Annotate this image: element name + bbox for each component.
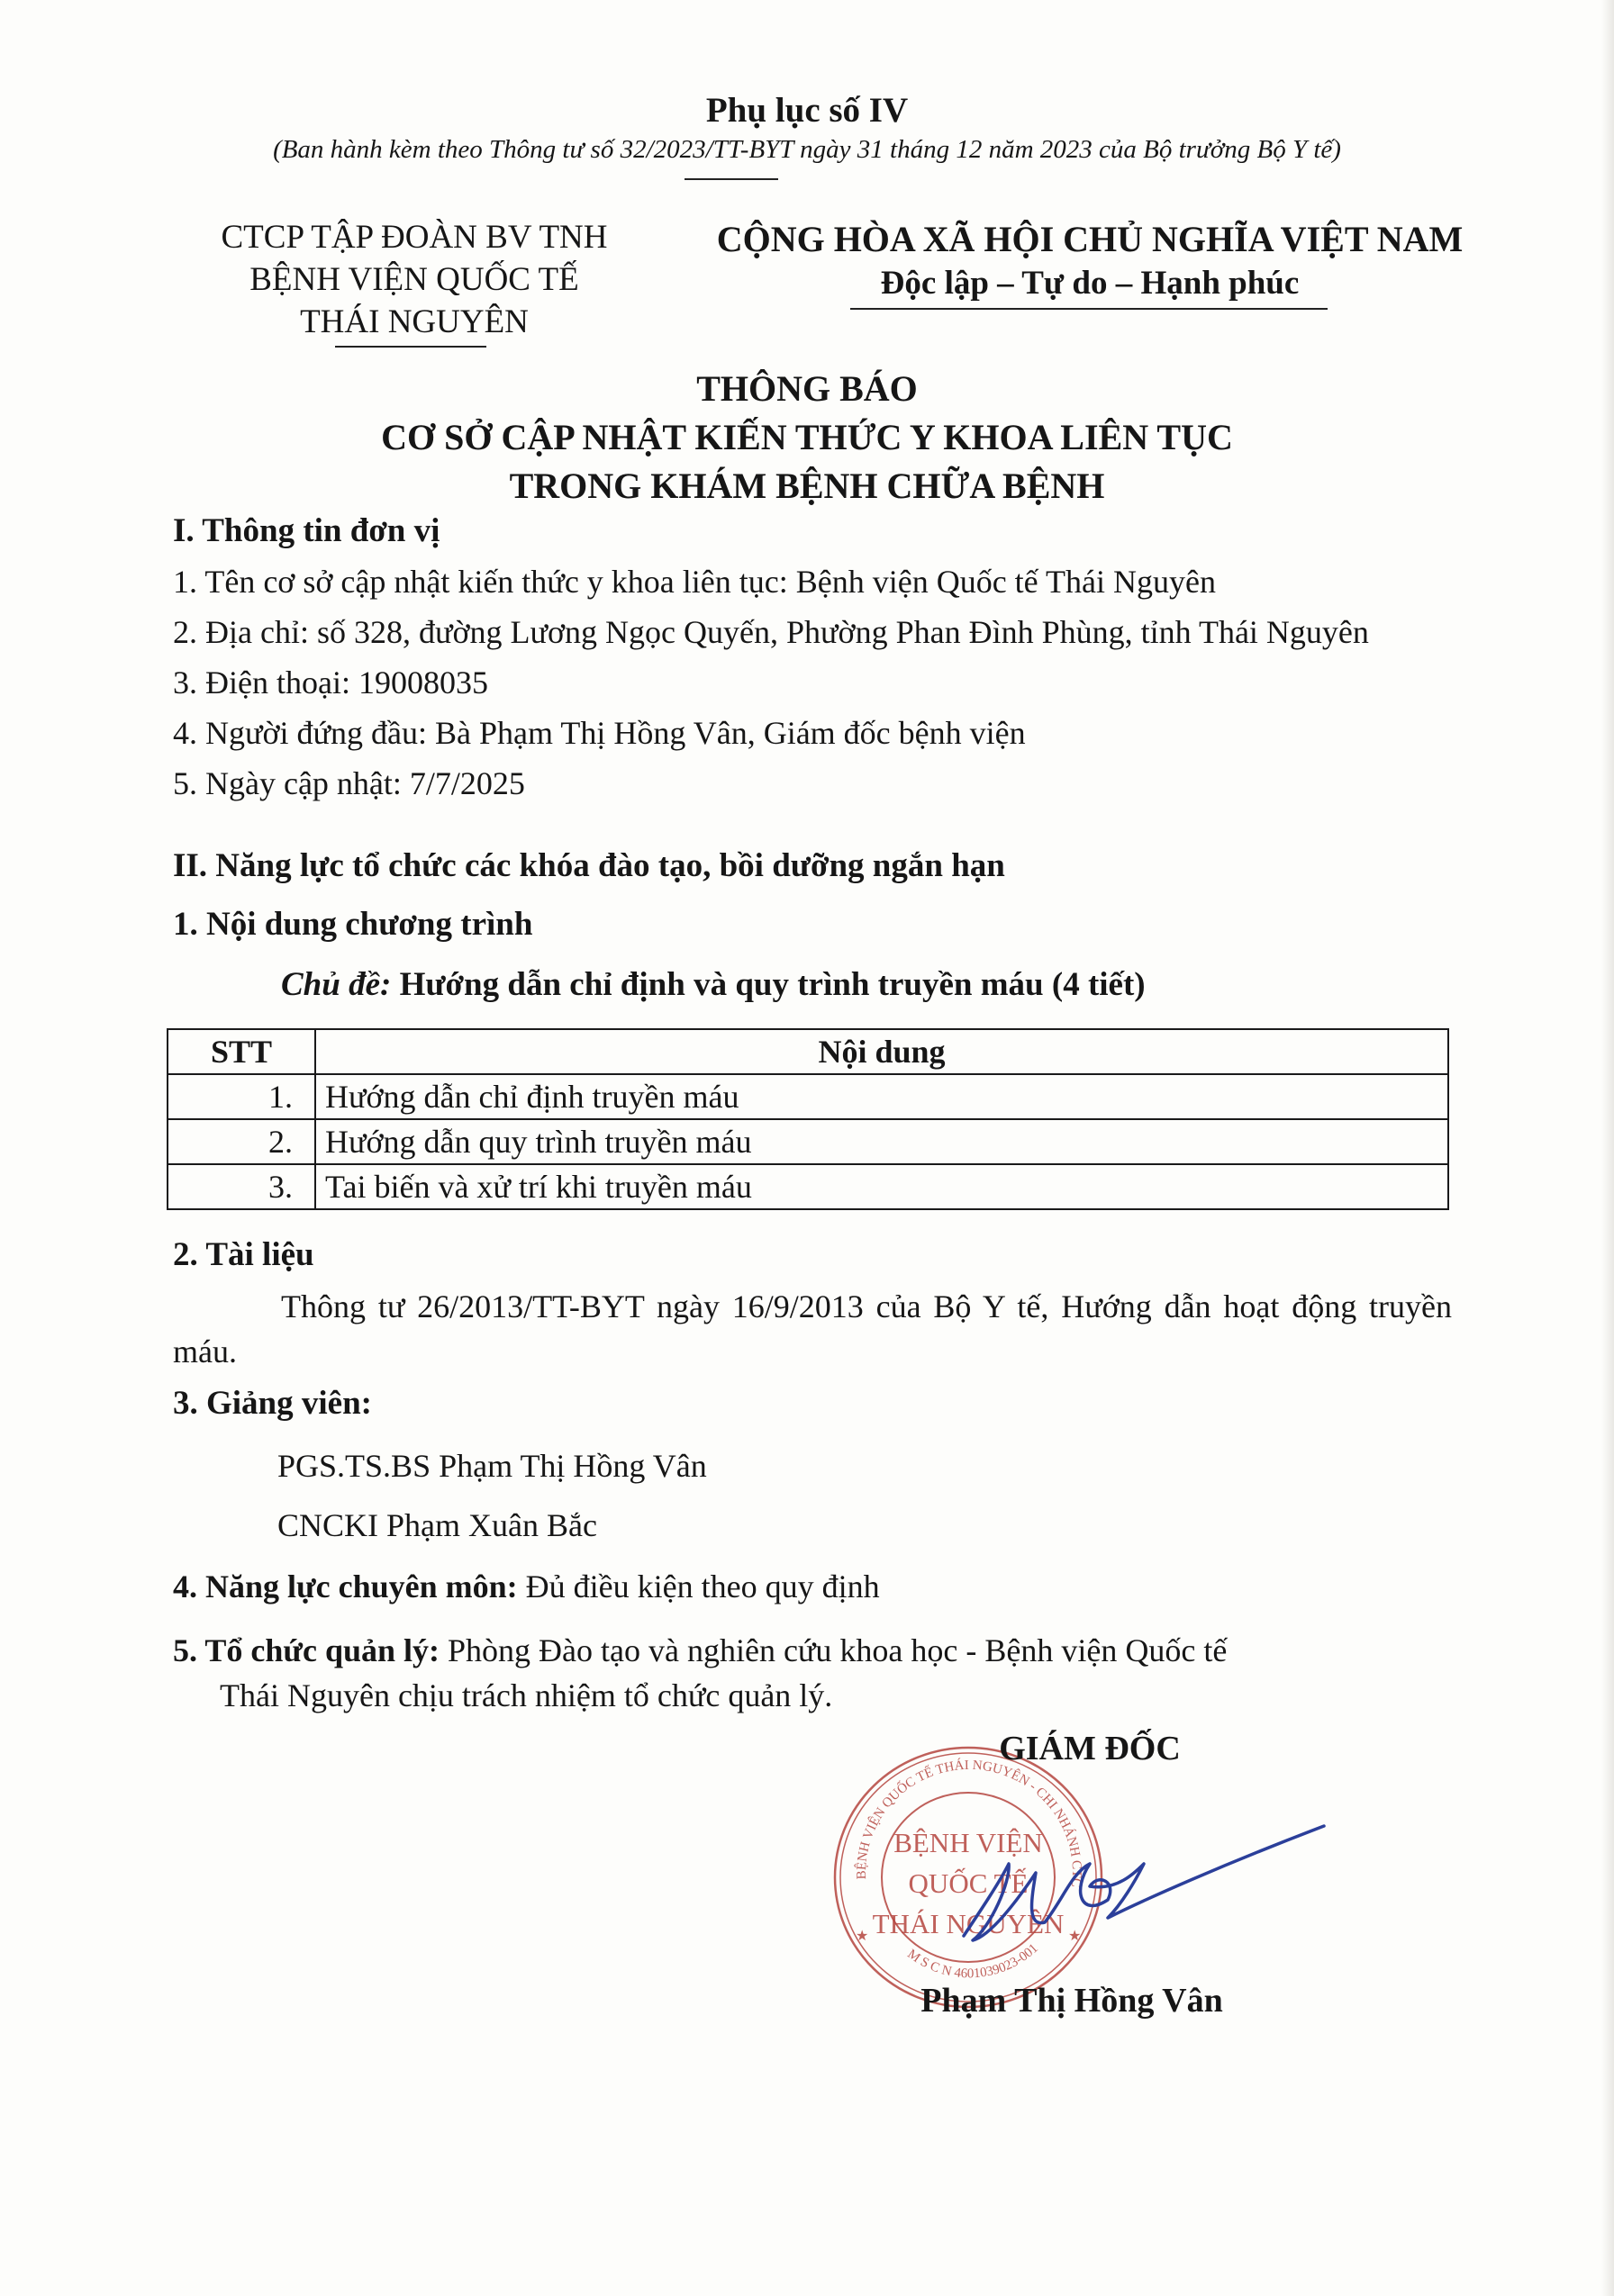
topic-label: Chủ đề: <box>281 966 391 1003</box>
program-content-heading: 1. Nội dung chương trình <box>173 905 532 944</box>
appendix-subtitle: (Ban hành kèm theo Thông tư số 32/2023/T… <box>0 135 1614 165</box>
notice-title: THÔNG BÁO <box>0 365 1614 413</box>
appendix-title: Phụ lục số IV <box>0 90 1614 131</box>
info-item-name: 1. Tên cơ sở cập nhật kiến thức y khoa l… <box>173 562 1452 601</box>
notice-subtitle-line2: TRONG KHÁM BỆNH CHỮA BỆNH <box>0 462 1614 511</box>
info-item-head: 4. Người đứng đầu: Bà Phạm Thị Hồng Vân,… <box>173 713 1452 753</box>
organization-underline <box>335 346 486 348</box>
row-index: 1. <box>168 1074 315 1119</box>
topic-line: Chủ đề: Hướng dẫn chỉ định và quy trình … <box>281 965 1146 1004</box>
notice-subtitle-line1: CƠ SỞ CẬP NHẬT KIẾN THỨC Y KHOA LIÊN TỤC <box>0 413 1614 462</box>
management-label: 5. Tổ chức quản lý: <box>173 1632 440 1668</box>
header-stt: STT <box>168 1029 315 1074</box>
national-motto: Độc lập – Tự do – Hạnh phúc <box>676 263 1504 304</box>
national-title: CỘNG HÒA XÃ HỘI CHỦ NGHĨA VIỆT NAM <box>676 216 1504 263</box>
signature-title: GIÁM ĐỐC <box>901 1729 1279 1768</box>
lecturers-heading: 3. Giảng viên: <box>173 1384 372 1423</box>
professional-capacity-line: 4. Năng lực chuyên môn: Đủ điều kiện the… <box>173 1567 880 1606</box>
organization-block: CTCP TẬP ĐOÀN BV TNH BỆNH VIỆN QUỐC TẾ T… <box>189 216 639 343</box>
documents-text: Thông tư 26/2013/TT-BYT ngày 16/9/2013 c… <box>173 1284 1452 1374</box>
row-content: Hướng dẫn quy trình truyền máu <box>315 1119 1448 1164</box>
notice-title-block: THÔNG BÁO CƠ SỞ CẬP NHẬT KIẾN THỨC Y KHO… <box>0 365 1614 511</box>
organization-name-line1: BỆNH VIỆN QUỐC TẾ <box>189 258 639 301</box>
table-row: 3. Tai biến và xử trí khi truyền máu <box>168 1164 1448 1209</box>
info-item-phone: 3. Điện thoại: 19008035 <box>173 663 1452 702</box>
lecturer-item: PGS.TS.BS Phạm Thị Hồng Vân <box>277 1446 707 1486</box>
unit-info-list: 1. Tên cơ sở cập nhật kiến thức y khoa l… <box>173 562 1452 814</box>
lecturer-item: CNCKI Phạm Xuân Bắc <box>277 1505 597 1545</box>
row-index: 3. <box>168 1164 315 1209</box>
table-row: 2. Hướng dẫn quy trình truyền máu <box>168 1119 1448 1164</box>
table-header-row: STT Nội dung <box>168 1029 1448 1074</box>
header-content: Nội dung <box>315 1029 1448 1074</box>
appendix-underline <box>685 178 778 180</box>
section2-heading: II. Năng lực tổ chức các khóa đào tạo, b… <box>173 846 1005 885</box>
organization-name-line2: THÁI NGUYÊN <box>189 301 639 343</box>
organization-parent: CTCP TẬP ĐOÀN BV TNH <box>189 216 639 258</box>
management-continuation: Thái Nguyên chịu trách nhiệm tổ chức quả… <box>173 1673 1452 1718</box>
management-line: 5. Tổ chức quản lý: Phòng Đào tạo và ngh… <box>173 1628 1452 1718</box>
topic-value: Hướng dẫn chỉ định và quy trình truyền m… <box>400 966 1146 1003</box>
row-index: 2. <box>168 1119 315 1164</box>
info-item-update-date: 5. Ngày cập nhật: 7/7/2025 <box>173 764 1452 803</box>
motto-underline <box>850 308 1328 310</box>
documents-heading: 2. Tài liệu <box>173 1235 314 1274</box>
row-content: Tai biến và xử trí khi truyền máu <box>315 1164 1448 1209</box>
content-table: STT Nội dung 1. Hướng dẫn chỉ định truyề… <box>167 1028 1449 1210</box>
page-edge-shadow <box>1601 0 1614 2296</box>
national-header: CỘNG HÒA XÃ HỘI CHỦ NGHĨA VIỆT NAM Độc l… <box>676 216 1504 304</box>
signer-name: Phạm Thị Hồng Vân <box>883 1981 1261 2020</box>
management-value: Phòng Đào tạo và nghiên cứu khoa học - B… <box>440 1632 1227 1668</box>
section1-heading: I. Thông tin đơn vị <box>173 511 440 550</box>
info-item-address: 2. Địa chỉ: số 328, đường Lương Ngọc Quy… <box>173 612 1452 652</box>
professional-capacity-value: Đủ điều kiện theo quy định <box>518 1568 880 1604</box>
row-content: Hướng dẫn chỉ định truyền máu <box>315 1074 1448 1119</box>
handwritten-signature <box>955 1801 1333 1972</box>
professional-capacity-label: 4. Năng lực chuyên môn: <box>173 1568 518 1604</box>
table-row: 1. Hướng dẫn chỉ định truyền máu <box>168 1074 1448 1119</box>
svg-text:★: ★ <box>856 1929 868 1944</box>
